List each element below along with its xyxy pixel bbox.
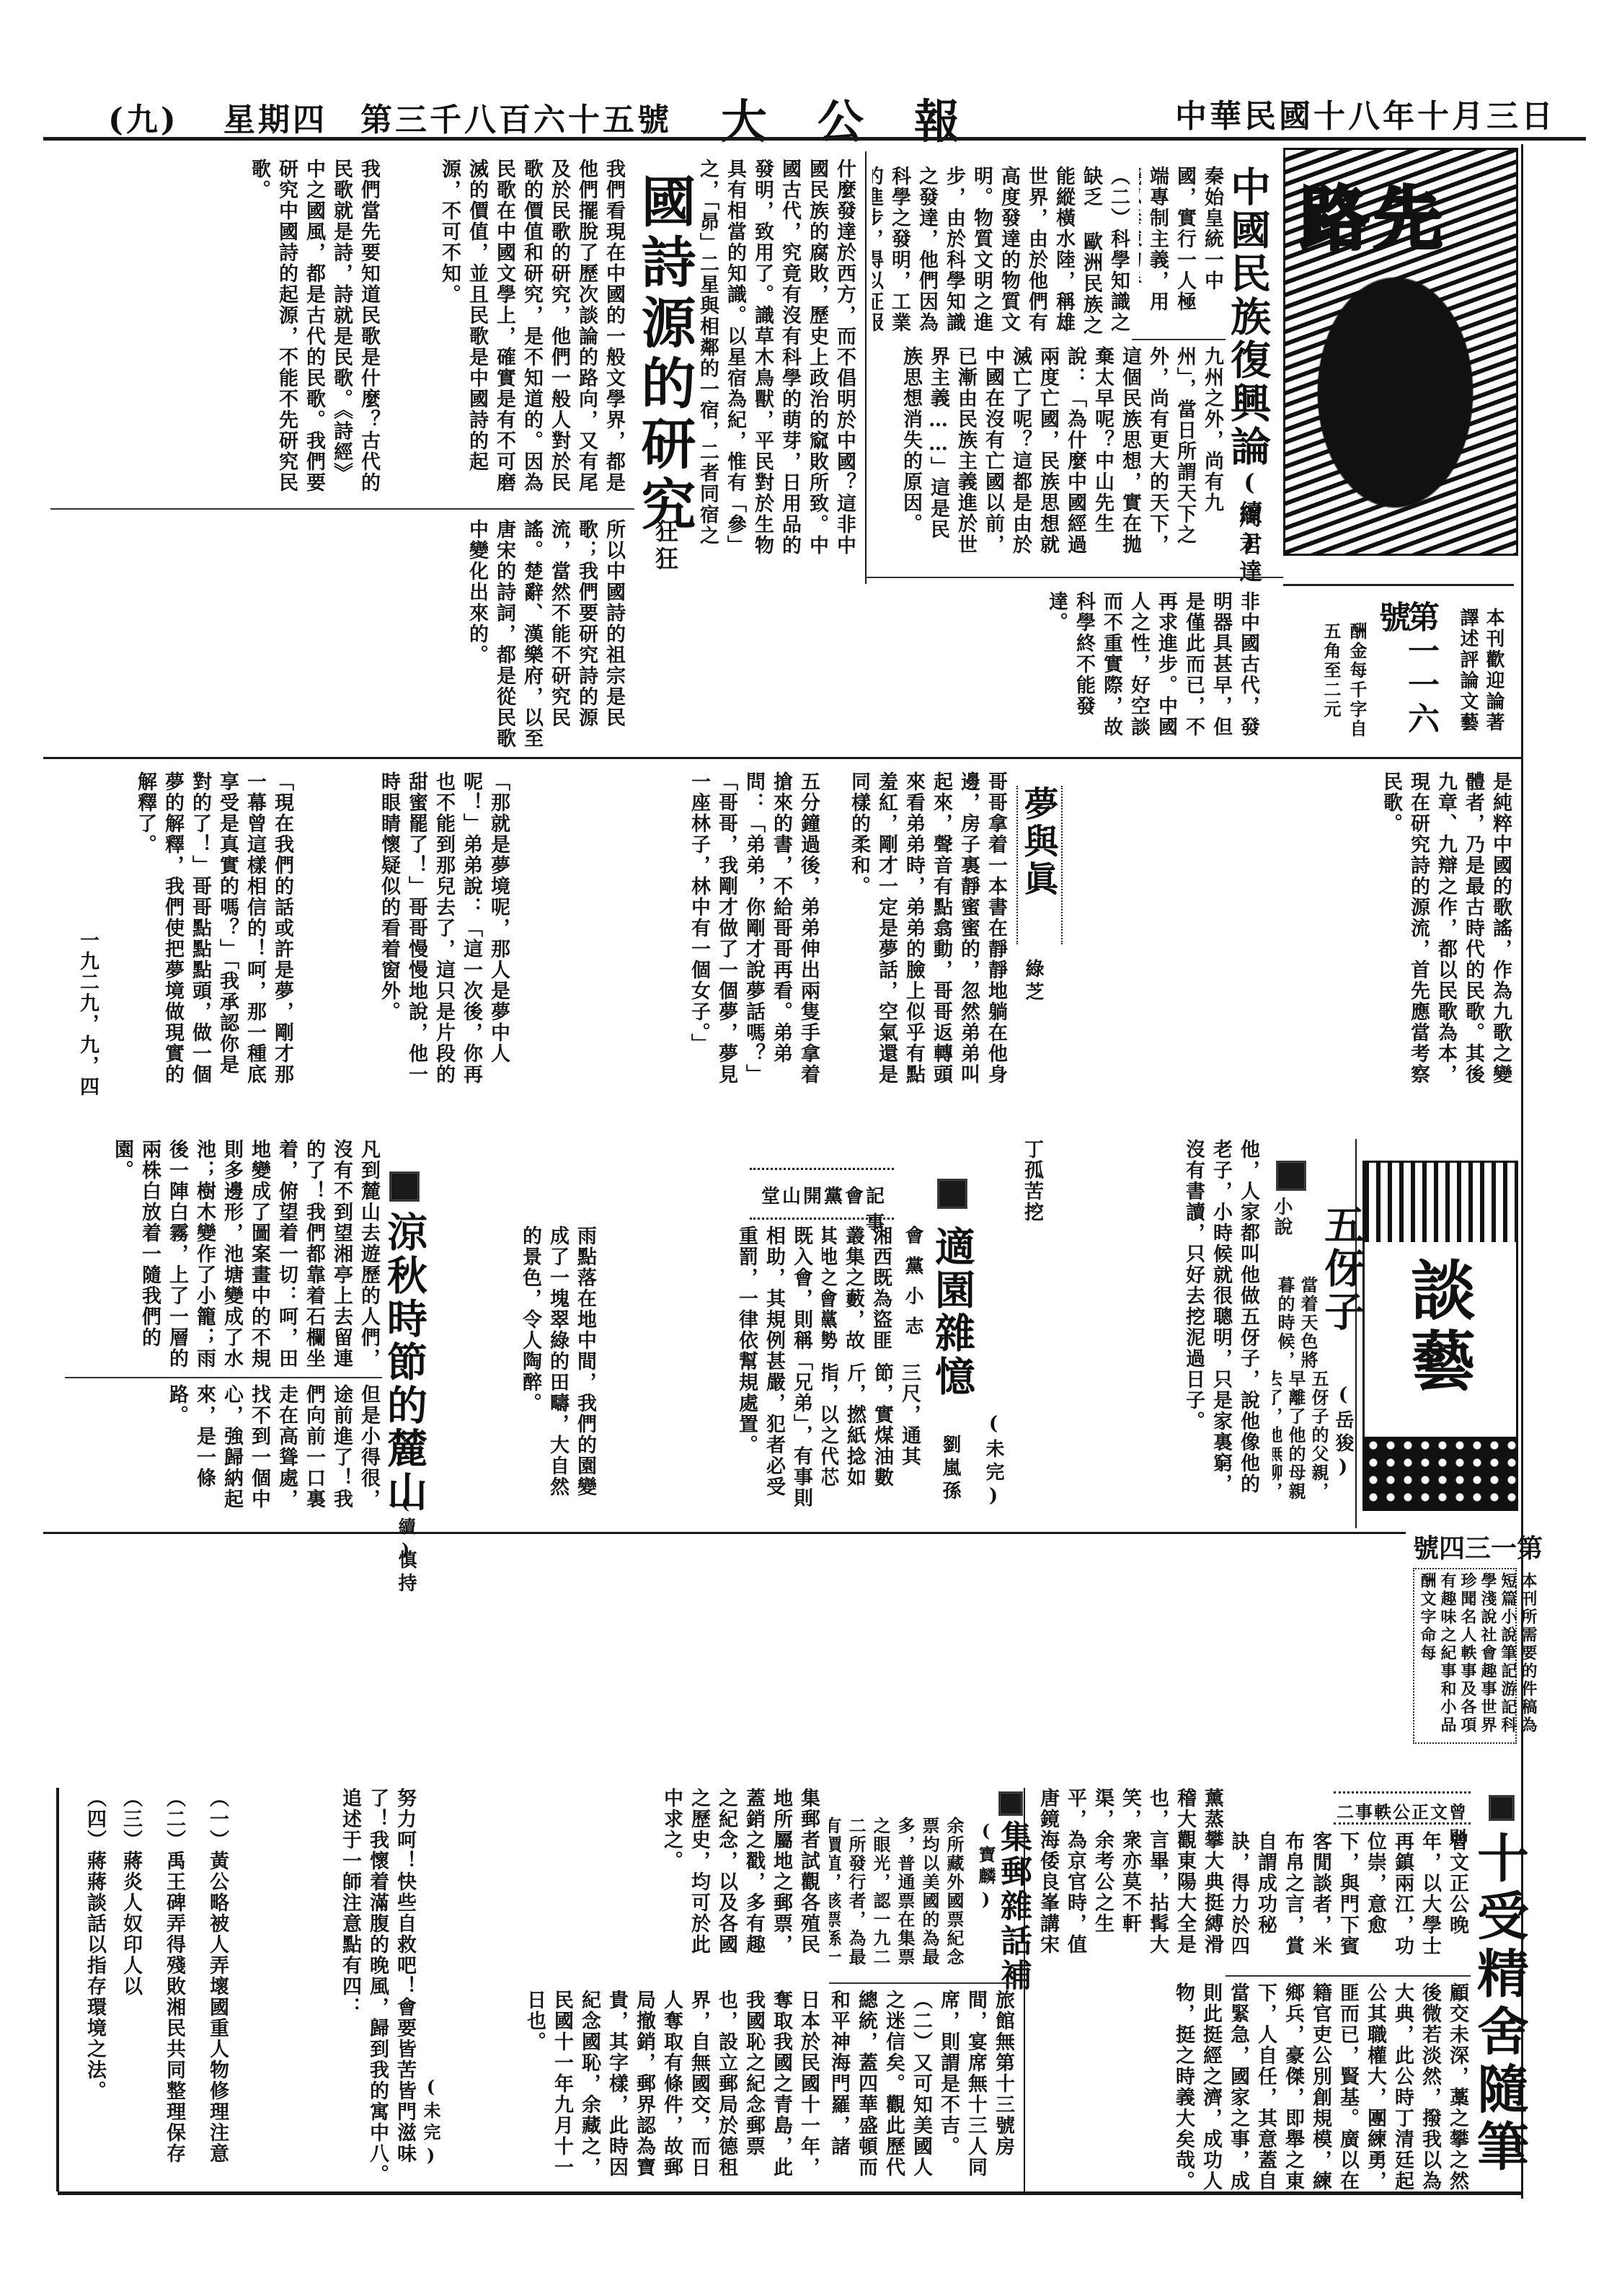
- notice-label: 本刊歡迎論著譯述評論文藝: [1455, 608, 1507, 752]
- revival-text-2: 九州之外，尚有九州」，當日所謂天下之外，尚有更大的天下，這個民族思想，實在拋棄太…: [879, 346, 1226, 555]
- tanyi-notice-box: 本刊所需要的件稿為短篇小說筆記游記科學淺說社會趣事世界珍聞名人軼事及各項有趣味之…: [1413, 1568, 1517, 1744]
- stamps-title: 集郵雜話補: [995, 1820, 1031, 1993]
- pioneer-banner: 先路: [1283, 148, 1518, 556]
- stamps-text-1: 余所藏外國票紀念票均以美國的為最多，普通票在集票之眼光，認一九二二所發行者，為最…: [829, 1817, 966, 1982]
- stamps-end: (未完): [418, 2076, 443, 2170]
- masthead-rule: [43, 137, 1586, 141]
- revival-text-1: 秦始皇統一中國，實行一人極端專制主義，用殘忍毒辣的手段，把中國千幾百年來民族生活…: [1139, 166, 1226, 332]
- stamps-text-2: 旅館無第十三號房間，宴席無十三人同席，則謂是不吉。（二）又可知美國人之迷信矣。觀…: [829, 1990, 1016, 2191]
- wuyazi-text-2: 五伢子的父親，早離了他的母親去了，她無聊，不知怎樣艱苦備嘗，五伢子孤苦挖泥，屋之…: [1272, 1370, 1330, 1514]
- section-icon: [389, 1171, 420, 1202]
- notice-issue: 第一一六號: [1377, 600, 1435, 752]
- bottom-rule: [58, 2191, 1521, 2195]
- revival-bottom-rule: [865, 577, 1283, 578]
- tanyi-banner: 談藝: [1362, 1161, 1518, 1511]
- poetry-mid-rule: [50, 508, 634, 510]
- col-divider: [1132, 339, 1226, 340]
- shiyuan-text-1: 湘西既為盜匪叢集之藪，故其地之會黨勢力亦大。有會黨者，其首領稱「大爺」，每開山堂…: [822, 1225, 894, 1355]
- tanyi-notice: 本刊所需要的件稿為短篇小說筆記游記科學淺說社會趣事世界珍聞名人軼事及各項有趣味之…: [1414, 1569, 1541, 1741]
- dream-text-1: 哥哥拿着一本書在靜靜地躺在他身邊，房子裏靜蜜蜜的，忽然弟弟叫起來，聲音有點翕動，…: [829, 771, 1009, 1096]
- newspaper-name: 大公報: [721, 85, 1011, 151]
- dream-text-3: 「那就是夢境呢，那人是夢中人呢！」弟弟說：「這一次後，你再也不能到那兒去了，這只…: [303, 771, 512, 1096]
- publication-date: 中華民國十八年十月三日: [1175, 90, 1556, 136]
- middle-band-rule: [43, 1532, 1406, 1534]
- wuyazi-border: [1355, 1139, 1357, 1528]
- stamps-border: [1024, 1788, 1025, 2191]
- wuyazi-text-3: 他，人家都叫他做五伢子，說他像他的老子，小時候就很聰明，只是家裏窮，沒有書讀，只…: [1045, 1139, 1262, 1514]
- poetry-text-1: 我們看現在中國的一般文學界，都是他們擺脫了歷次談論的路向，又有尾及於民歌的研究，…: [389, 159, 627, 497]
- wuyazi-continued: 丁孤苦挖泥，屋之下，她為人家洗衣度日，五伢子也漸漸長大了，他想到城裏去找點事做，…: [1016, 1139, 1045, 1240]
- notice-fee: 酬金每千字自五角至二元: [1318, 622, 1370, 752]
- revival-left-border: [865, 151, 867, 584]
- dream-dateline: 一九二九，九，四之晨: [72, 930, 101, 1110]
- section-icon: [998, 1791, 1023, 1816]
- lushan-text-4: 努力呵！快些自救吧！會要皆苦皆門滋味了！我懷着滿腹的晚風，歸到我的寓中八。追述于…: [238, 1788, 418, 2191]
- lushan-list-item: （三）蔣炎人奴印人以: [108, 1788, 144, 2191]
- revival-text-4: 什麼發達於西方，而不倡明於中國？這非中國民族的腐敗，歷史上政治的窳敗所致。中國古…: [692, 159, 858, 562]
- banner-title: 先路: [1300, 164, 1447, 263]
- shiyuan-text-3: 既入會，則稱「兄弟」，有事則相助，其規例甚嚴，犯者必受重罰，一律依幫規處置。: [606, 1225, 815, 1514]
- author-lvzhi: 綠芝: [1020, 959, 1047, 1005]
- lushan-text-1: 凡到麓山去遊歷的人們，沒有不到望湘亭上去留連的了！我們都靠着石欄坐着，俯望着一切…: [65, 1139, 382, 1377]
- author-kuang: 狂狂: [649, 519, 682, 574]
- shiyuan-end: (未完): [980, 1413, 1007, 1511]
- article-title-dream: 夢與眞: [1018, 786, 1058, 898]
- lushan-list: （一）黃公略被人弄壞國重人物修理注意 （二）禹王碑弄得殘敗湘民共同整理保存 （三…: [65, 1788, 231, 2191]
- shiyuan-author: 劉嵐孫: [937, 1435, 964, 1504]
- lushan-title: 涼秋時節的麓山: [382, 1211, 427, 1514]
- notes-box: 曾文正公軼事二則: [1334, 1791, 1471, 1825]
- notes-title: 十受精舍隨筆: [1471, 1831, 1527, 2177]
- stamps-text-3: 集郵者試觀各殖民地所屬地之郵票，蓋銷之戳，多有趣之紀念，以及各國之歷史，均可於此…: [548, 1788, 822, 1975]
- notes-text-2: 薰蒸攀大典挺縛滑稽大觀東陽大全是也，言畢，拈髯大笑，衆亦莫不軒渠，余考公之生平，…: [1038, 1788, 1226, 1975]
- shiyuan-box: 記會黨開山堂事: [750, 1168, 894, 1220]
- lushan-icon-wrap: [389, 1171, 420, 1202]
- revival-text-5: 非中國古代，發明器具甚早，但是僅此而已，不再求進步。中國人之性，好空談而不重實際…: [872, 591, 1262, 750]
- wuyazi-text-1: 當着天色將暮的時候，登妙高峯一覽，只見湘江如帶，嶽麓的景色盡收眼底。: [1276, 1276, 1319, 1370]
- lushan-mid-rule: [65, 1377, 382, 1378]
- lushan-list-item: （四）蔣蔣談話以指存環境之法。: [65, 1788, 108, 2191]
- dream-text-2: 五分鐘過後，弟弟伸出兩隻手拿着搶來的書，不給哥哥再看。弟弟問：「弟弟，你剛才說夢…: [519, 771, 822, 1096]
- tanyi-issue: 第一三四號: [1413, 1528, 1543, 1565]
- notes-mid-rule: [1226, 1975, 1471, 1977]
- section-icon: [1489, 1795, 1515, 1821]
- article-title-poetry: 國詩源的研究: [634, 173, 693, 536]
- section-icon: [937, 1179, 967, 1209]
- tanyi-figure-bottom: [1365, 1437, 1516, 1509]
- stamps-mid-rule: [829, 1982, 1016, 1984]
- poetry-text-4: 是純粹中國的歌謠，作為九歌之變體者，乃是最古時代的民歌。其後九章、九辯之作，都以…: [1067, 771, 1514, 1096]
- wuyazi-title: 五伢子: [1319, 1204, 1364, 1334]
- revival-text-3: （二）科學知識之缺乏 歐洲民族之能縱橫水陸，稱雄世界，由於他們有高度發達的物質文…: [872, 166, 1132, 339]
- wuyazi-category: [1276, 1161, 1306, 1191]
- tanyi-figure-top: [1365, 1163, 1516, 1242]
- lushan-list-item: （二）禹王碑弄得殘敗湘民共同整理保存: [144, 1788, 187, 2191]
- weekday: 星期四: [223, 94, 327, 140]
- lushan-author: 慎持: [393, 1550, 420, 1596]
- notes-icon-wrap: [1489, 1795, 1515, 1821]
- stamps-author: (寶麟): [973, 1820, 998, 1914]
- issue-number: 第三千八百六十五號: [360, 94, 672, 140]
- horse-rider-illustration: [1314, 272, 1494, 539]
- article-title-revival: 中國民族復興論: [1226, 166, 1270, 469]
- lushan-text-2: 但是小得很，途前進了！我們向前一口裏走在高聳處，找不到一個中心，強歸納起來，是一…: [65, 1384, 382, 1528]
- shiyuan-subtitle: 會黨小志: [900, 1225, 926, 1347]
- shiyuan-text-2: 三尺，通其節，實煤油數斤，撚紙捻如指，以之代芯而燃之，火光熊熊，照徹山谷。入會者…: [822, 1362, 923, 1507]
- wuyazi-author: (岳狻): [1330, 1384, 1357, 1482]
- section-icon: [1276, 1161, 1306, 1191]
- shiyuan-icon-wrap: [937, 1179, 967, 1209]
- poetry-text-3: 所以中國詩的祖宗是民歌；我們要研究詩的源流，當然不能不研究民謠。楚辭、漢樂府，以…: [65, 519, 627, 764]
- tanyi-title: 談藝: [1408, 1256, 1467, 1398]
- stamps-icon-wrap: [998, 1791, 1023, 1816]
- shiyuan-title: 適園雜憶: [930, 1225, 975, 1399]
- wuyazi-category-label: 小說: [1269, 1197, 1295, 1237]
- pioneer-notice-box: 本刊歡迎論著譯述評論文藝 第一一六號 酬金每千字自五角至二元: [1283, 584, 1514, 752]
- lushan-list-item: （一）黃公略被人弄壞國重人物修理注意: [187, 1788, 231, 2191]
- wuyazi-continued-2: 雨點落在地中間，我們的園變成了一塊翠綠的田疇，大自然的景色，令人陶醉。: [433, 1225, 598, 1514]
- notes-text-3: 顧交未深，藁之攀之然後微若淡然，撥我以為大典，此公時丁清廷起公其職權大，團練勇，…: [1038, 1982, 1471, 2191]
- notes-text-1: 曾文正公晚年，以大學士再鎮兩江，功位崇，意愈下，與門下賓客閒談者，米布帛之言，賞…: [1233, 1831, 1471, 1975]
- dream-title-box: 夢與眞: [1016, 786, 1063, 944]
- left-border: [56, 1788, 59, 2191]
- author-zhou: 周君達: [1233, 505, 1266, 587]
- dream-text-4: 「現在我們的話或許是夢，剛才那一幕曾這樣相信的！呵，那一種底享受是真實的嗎？」「…: [94, 771, 296, 1096]
- poetry-text-2: 我們當先要知道民歌是什麼？古代的民歌就是詩，詩就是民歌。《詩經》中之國風，都是古…: [65, 159, 382, 497]
- stamps-text-4: 日本於民國十一年，奪取我國之青島，此我國恥之紀念郵票也，設立郵局於德租界，自無國…: [447, 1990, 822, 2191]
- page-number: (九): [108, 94, 179, 140]
- upper-band-rule: [43, 757, 1521, 759]
